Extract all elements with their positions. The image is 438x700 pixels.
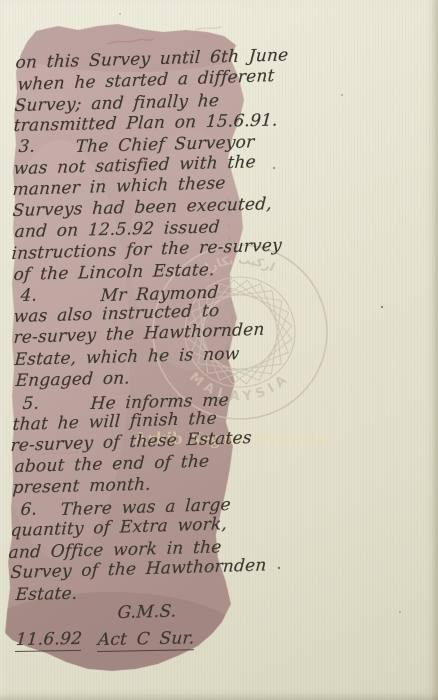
- handwritten-line: transmitted Plan on 15.6.91.: [13, 112, 278, 135]
- handwritten-line: Survey of the Hawthornden: [10, 557, 267, 582]
- manuscript-text: on this Survey until 6th Junewhen he sta…: [0, 0, 438, 700]
- handwritten-line: of the Lincoln Estate.: [13, 262, 215, 284]
- handwritten-line: Surveys had been executed,: [12, 196, 272, 220]
- handwritten-line: present month.: [12, 477, 151, 497]
- handwritten-line: 5.: [22, 396, 40, 413]
- handwritten-line: quantity of Extra work,: [10, 516, 228, 540]
- handwritten-line: Engaged on.: [15, 370, 130, 390]
- handwritten-line: 4.: [20, 288, 38, 305]
- date-annotation: 11.6.92: [15, 631, 83, 652]
- handwritten-line: instructions for the re-survey: [11, 237, 282, 263]
- handwritten-line: when he started a different: [17, 68, 275, 94]
- handwritten-line: Estate.: [15, 586, 78, 604]
- scanned-document-page: MALAYSIA اركيب نكارا Arkib Negara Mala: [0, 0, 438, 700]
- signature-title: Act C Sur.: [97, 630, 195, 652]
- handwritten-line: 3.: [18, 139, 36, 156]
- signature-initials: G.M.S.: [117, 603, 177, 622]
- handwritten-line: Estate, which he is now: [14, 346, 240, 369]
- handwritten-line: 6.: [20, 501, 38, 519]
- handwritten-line: about the end of the: [14, 454, 210, 476]
